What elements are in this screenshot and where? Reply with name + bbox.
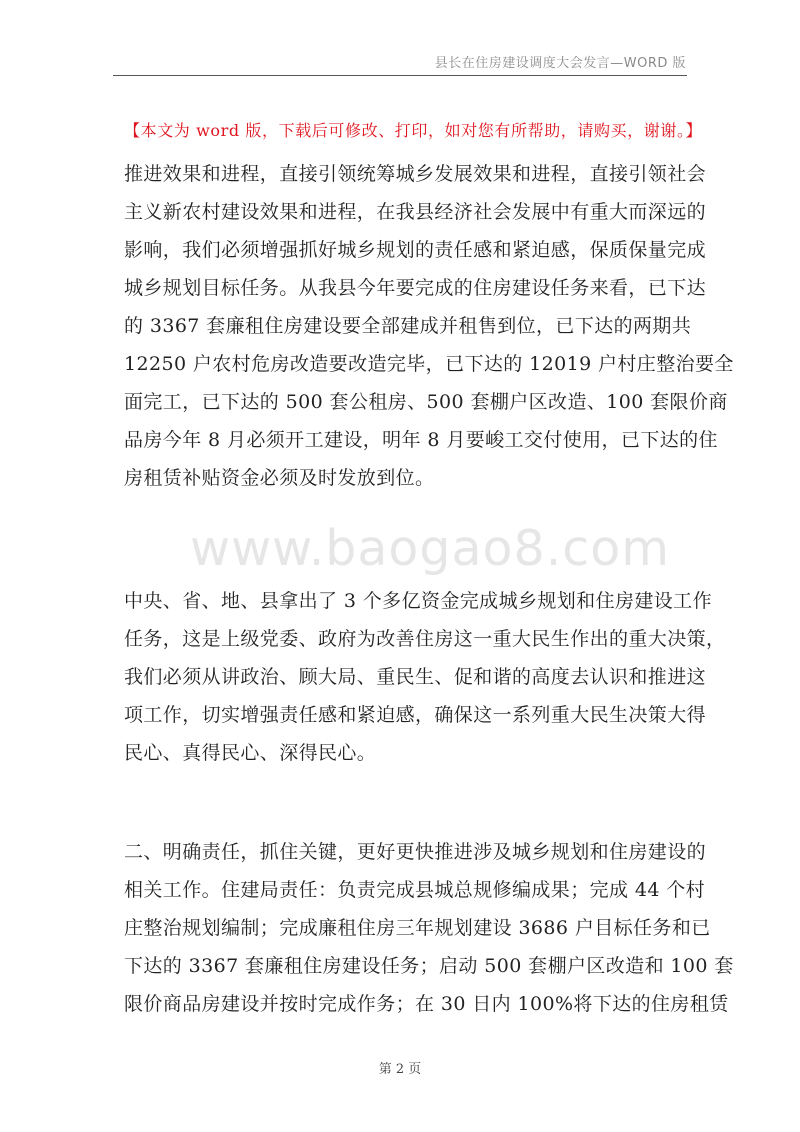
paragraph-2: 中央、省、地、县拿出了 3 个多亿资金完成城乡规划和住房建设工作 任务，这是上级… bbox=[124, 582, 684, 772]
text-line: 二、明确责任，抓住关键，更好更快推进涉及城乡规划和住房建设的 bbox=[124, 833, 684, 871]
text-line: 项工作，切实增强责任感和紧迫感，确保这一系列重大民生决策大得 bbox=[124, 696, 684, 734]
text-line: 影响，我们必须增强抓好城乡规划的责任感和紧迫感，保质保量完成 bbox=[124, 231, 684, 269]
text-line: 中央、省、地、县拿出了 3 个多亿资金完成城乡规划和住房建设工作 bbox=[124, 582, 684, 620]
text-line: 推进效果和进程，直接引领统筹城乡发展效果和进程，直接引领社会 bbox=[124, 155, 684, 193]
paragraph-3: 二、明确责任，抓住关键，更好更快推进涉及城乡规划和住房建设的 相关工作。住建局责… bbox=[124, 833, 684, 1023]
text-line: 房租赁补贴资金必须及时发放到位。 bbox=[124, 459, 684, 497]
text-line: 相关工作。住建局责任：负责完成县城总规修编成果；完成 44 个村 bbox=[124, 871, 684, 909]
document-page: 县长在住房建设调度大会发言—WORD 版 【本文为 word 版，下载后可修改、… bbox=[0, 0, 800, 1132]
text-line: 城乡规划目标任务。从我县今年要完成的住房建设任务来看，已下达 bbox=[124, 269, 684, 307]
text-line: 民心、真得民心、深得民心。 bbox=[124, 734, 684, 772]
text-line: 下达的 3367 套廉租住房建设任务；启动 500 套棚户区改造和 100 套 bbox=[124, 947, 684, 985]
text-line: 限价商品房建设并按时完成作务；在 30 日内 100%将下达的住房租赁 bbox=[124, 985, 684, 1023]
watermark: www.baogao8.com bbox=[190, 520, 670, 577]
text-line: 主义新农村建设效果和进程，在我县经济社会发展中有重大而深远的 bbox=[124, 193, 684, 231]
text-line: 任务，这是上级党委、政府为改善住房这一重大民生作出的重大决策， bbox=[124, 620, 684, 658]
text-line: 我们必须从讲政治、顾大局、重民生、促和谐的高度去认识和推进这 bbox=[124, 658, 684, 696]
running-header-title: 县长在住房建设调度大会发言—WORD 版 bbox=[435, 52, 686, 71]
text-line: 12250 户农村危房改造要改造完毕，已下达的 12019 户村庄整治要全 bbox=[124, 345, 684, 383]
purchase-notice: 【本文为 word 版，下载后可修改、打印，如对您有所帮助，请购买，谢谢。】 bbox=[124, 118, 684, 141]
text-line: 庄整治规划编制；完成廉租住房三年规划建设 3686 户目标任务和已 bbox=[124, 909, 684, 947]
paragraph-1: 推进效果和进程，直接引领统筹城乡发展效果和进程，直接引领社会 主义新农村建设效果… bbox=[124, 155, 684, 497]
text-line: 品房今年 8 月必须开工建设，明年 8 月要峻工交付使用，已下达的住 bbox=[124, 421, 684, 459]
header-divider bbox=[113, 75, 687, 76]
text-line: 面完工，已下达的 500 套公租房、500 套棚户区改造、100 套限价商 bbox=[124, 383, 684, 421]
text-line: 的 3367 套廉租住房建设要全部建成并租售到位，已下达的两期共 bbox=[124, 307, 684, 345]
page-number: 第 2 页 bbox=[0, 1058, 800, 1077]
